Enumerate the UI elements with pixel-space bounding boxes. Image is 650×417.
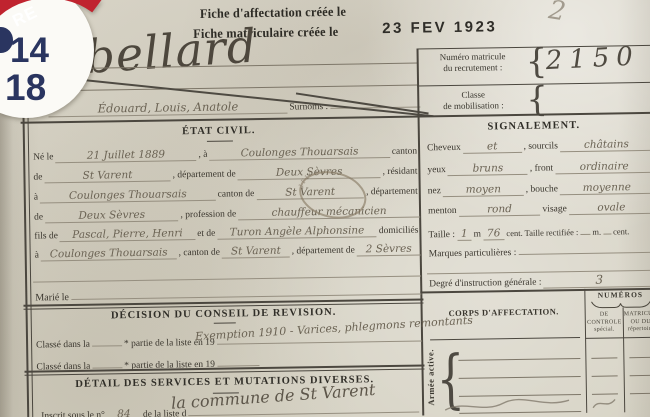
inscrit-label: Inscrit sous le n° (39, 411, 107, 417)
front-label: , front (528, 163, 555, 173)
marie-label: Marié le (33, 292, 71, 304)
brace-icon (526, 82, 548, 116)
departement-label: , département (364, 187, 420, 198)
table-cell-line (591, 357, 617, 358)
fils-de-label: fils de (32, 231, 60, 241)
matricule-column-header: MATRICULE OU DU répertoire (624, 311, 650, 334)
classe-mobilisation-label: Classe de mobilisation : (422, 89, 524, 113)
matricule-label-line2: du recrutement : (422, 62, 524, 75)
blank-field-line (217, 351, 259, 367)
blank-field-line (518, 238, 650, 255)
handwriting-fragment (589, 395, 619, 411)
cheveux-handwritten: et (463, 140, 522, 154)
blank-field-line (71, 279, 422, 300)
taille-m-handwritten: 1 (457, 228, 472, 241)
etat-civil-row-6: à Coulonges Thouarsais , canton de St Va… (33, 243, 421, 262)
armee-active-label: Armée active. (425, 345, 436, 409)
title-underline (214, 322, 236, 324)
svg-text:IFICAT: IFICAT (297, 170, 327, 188)
m-label: m (472, 230, 484, 240)
blank-field-line (92, 331, 122, 347)
nez-label: nez (426, 186, 443, 196)
nez-handwritten: moyen (443, 183, 524, 197)
blank-field-line (580, 220, 590, 235)
pencil-annotation: 2 (547, 0, 568, 27)
mother-handwritten: Turon Angèle Alphonsine (217, 224, 377, 240)
controle-header-line: spécial. (586, 326, 623, 334)
blank-field-line (92, 353, 122, 369)
stamp-arc-text: IFICAT (297, 170, 327, 188)
matricule-label: Numéro matricule du recrutement : (422, 51, 524, 75)
corps-affectation-header: CORPS D'AFFECTATION. (426, 306, 582, 318)
residence-handwritten: Coulonges Thouarsais (40, 188, 216, 204)
front-handwritten: ordinaire (555, 160, 650, 175)
domicile-handwritten: Coulonges Thouarsais (41, 246, 177, 261)
cent-label: cent. (611, 226, 631, 236)
cheveux-label: Cheveux (425, 143, 463, 154)
blank-field-line (603, 220, 611, 235)
badge-year-bottom: 18 (5, 67, 46, 108)
canton3-handwritten: St Varent (222, 245, 290, 259)
controle-column-header: DE CONTROLE spécial. (586, 311, 623, 334)
classe-dans-la-label: Classé dans la (34, 340, 92, 351)
table-header-rule (585, 337, 650, 339)
degre-value-handwritten: 3 (543, 272, 650, 289)
departement2-handwritten: Deux Sèvres (45, 208, 179, 223)
table-cell-line (630, 375, 650, 376)
numeros-header: NUMÉROS (585, 290, 650, 300)
sourcils-handwritten: châtains (560, 138, 650, 152)
table-cell-line (629, 357, 650, 358)
liste-numero-handwritten: 84 (107, 408, 141, 417)
section-decision-title: DÉCISION DU CONSEIL DE REVISION. (62, 306, 386, 322)
yeux-handwritten: bruns (448, 162, 528, 176)
form-title-affectation: Fiche d'affectation créée le (200, 4, 346, 22)
matricule-header-line: MATRICULE (624, 311, 650, 319)
taille-label: Taille : (426, 230, 457, 240)
table-row-line (458, 358, 580, 361)
et-de-label: et de (195, 229, 217, 239)
bouche-handwritten: moyenne (560, 181, 650, 195)
table-cell-line (592, 375, 618, 376)
visage-handwritten: ovale (569, 201, 650, 215)
yeux-label: yeux (425, 165, 448, 175)
centenaire-1914-1918-badge: RE 14 18 (0, 0, 112, 120)
table-row-line (459, 376, 581, 379)
canton-de-label: canton de (216, 189, 257, 200)
departement-de-label: , département de (290, 246, 357, 257)
father-handwritten: Pascal, Pierre, Henri (60, 227, 195, 242)
visage-label: visage (540, 204, 568, 214)
residant-label: , résidant (381, 167, 420, 178)
scanned-military-record: Fiche d'affectation créée le Fiche matri… (0, 0, 650, 417)
signalement-row-yeux: yeux bruns , front ordinaire (425, 160, 650, 177)
canton-label: canton (390, 147, 419, 157)
a-label: , à (196, 150, 209, 160)
title-underline (207, 140, 233, 142)
domicilies-label: domiciliés (377, 226, 421, 237)
signalement-row-cheveux: Cheveux et , sourcils châtains (425, 138, 650, 155)
section-signalement-title: SIGNALEMENT. (434, 119, 634, 133)
departement-de-label: , département de (171, 169, 238, 180)
matricule-value-handwritten: 2150 (545, 41, 641, 76)
taille-rectifiee-label: cent. Taille rectifiée : (504, 227, 580, 238)
canton-de-label: , canton de (176, 248, 222, 259)
etat-civil-row-1: Né le 21 Juillet 1889 , à Coulonges Thou… (31, 145, 419, 164)
birth-date-handwritten: 21 Juillet 1889 (55, 148, 196, 163)
bouche-label: , bouche (524, 184, 560, 195)
menton-handwritten: rond (458, 203, 540, 217)
underbrace-icon (590, 300, 650, 310)
a-label: à (32, 192, 40, 202)
taille-cm-handwritten: 76 (483, 227, 505, 240)
signalement-row-nez: nez moyen , bouche moyenne (426, 181, 650, 198)
circular-stamp: IFICAT (297, 170, 368, 219)
canton-handwritten: St Varent (44, 168, 170, 183)
table-cell-line (630, 393, 650, 394)
de-label: de (31, 172, 44, 182)
classe-label-line2: de mobilisation : (422, 100, 524, 113)
etat-civil-row-5: fils de Pascal, Pierre, Henri et de Turo… (32, 224, 420, 243)
date-stamp: 23 FEV 1923 (382, 18, 497, 37)
corps-header-underline (430, 337, 580, 341)
a-label: à (33, 250, 41, 260)
handwriting-fragment (443, 394, 573, 416)
badge-year-top: 14 (10, 31, 49, 70)
departement3-handwritten: 2 Sèvres (357, 243, 421, 257)
matricule-header-line: répertoire (624, 326, 650, 334)
de-label: de (32, 212, 45, 222)
section-etat-civil-title: ÉTAT CIVIL. (119, 124, 319, 138)
m-label: m. (590, 227, 603, 237)
degre-instruction-label: Degré d'instruction générale : (427, 278, 543, 290)
table-vertical-rule (584, 289, 587, 413)
ne-le-label: Né le (31, 152, 55, 162)
profession-de-label: , profession de (178, 209, 238, 220)
birth-place-handwritten: Coulonges Thouarsais (209, 145, 390, 161)
signalement-row-menton: menton rond visage ovale (426, 201, 650, 218)
menton-label: menton (426, 206, 459, 217)
sourcils-label: , sourcils (521, 141, 559, 152)
